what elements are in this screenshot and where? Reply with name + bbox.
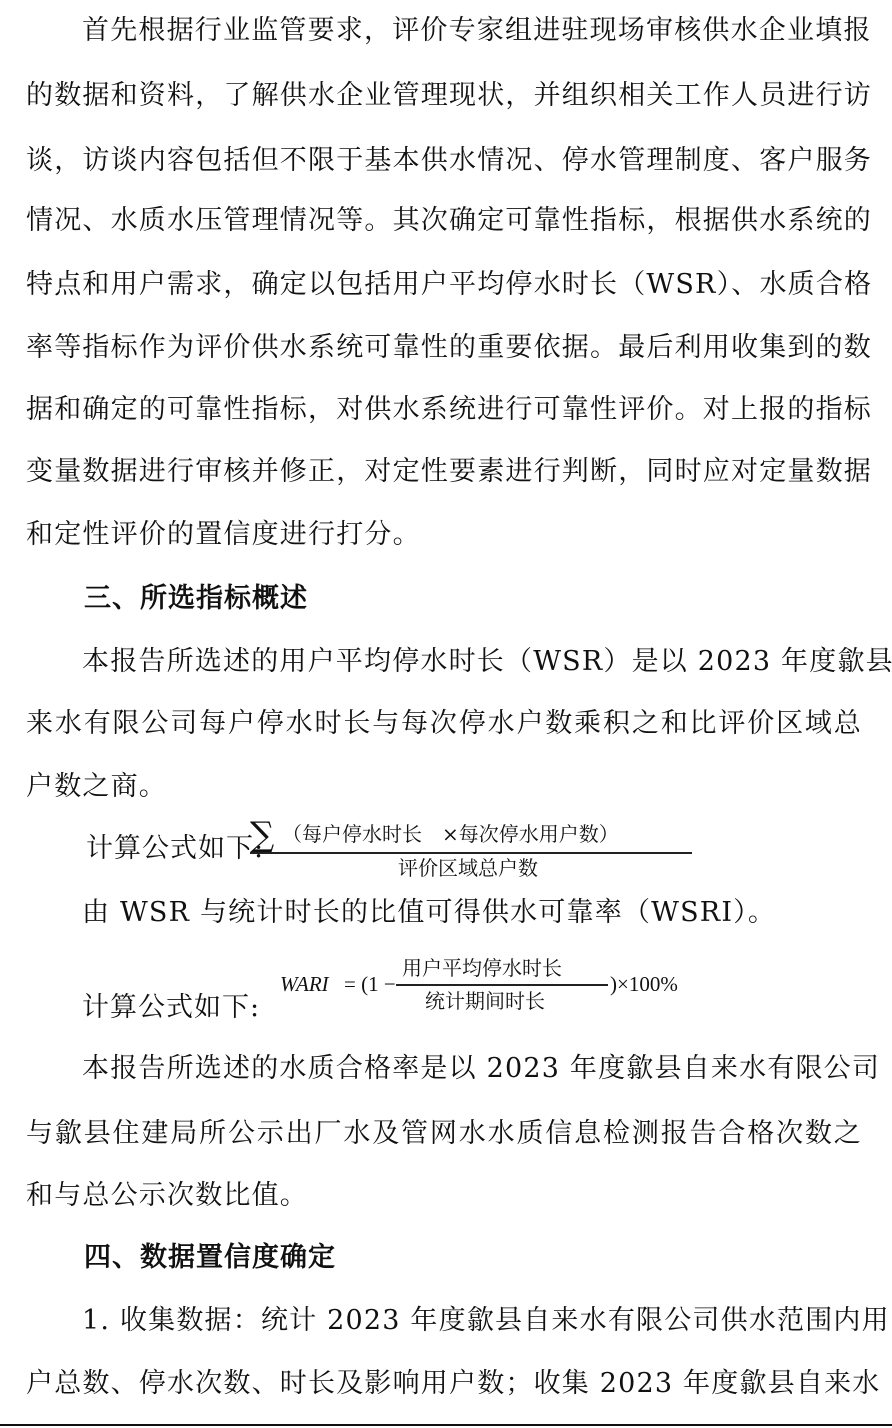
item-1-line: 户总数、停水次数、时长及影响用户数；收集 2023 年度歙县自来水 <box>26 1367 862 1401</box>
formula-label: 计算公式如下: <box>86 832 264 866</box>
wsr-paragraph-line: 来水有限公司每户停水时长与每次停水户数乘积之和比评价区域总 <box>26 707 862 741</box>
paragraph-1-line: 情况、水质水压管理情况等。其次确定可靠性指标，根据供水系统的 <box>26 204 862 238</box>
formula-tail: )×100% <box>610 972 678 996</box>
quality-paragraph-line: 本报告所选述的水质合格率是以 2023 年度歙县自来水有限公司 <box>82 1052 862 1086</box>
formula-eq: = (1 − <box>344 972 396 996</box>
paragraph-1-line: 谈，访谈内容包括但不限于基本供水情况、停水管理制度、客户服务 <box>26 144 862 178</box>
formula-denominator: 统计期间时长 <box>425 989 545 1013</box>
paragraph-1-line: 的数据和资料，了解供水企业管理现状，并组织相关工作人员进行访 <box>26 79 862 113</box>
fraction-bar <box>396 984 608 986</box>
quality-paragraph-line: 与歙县住建局所公示出厂水及管网水水质信息检测报告合格次数之 <box>26 1117 862 1151</box>
formula-label: 计算公式如下: <box>82 991 260 1025</box>
paragraph-1-line: 变量数据进行审核并修正，对定性要素进行判断，同时应对定量数据 <box>26 455 862 489</box>
section-4-heading: 四、数据置信度确定 <box>84 1241 336 1275</box>
page-bottom-rule <box>0 1424 892 1426</box>
paragraph-1-line: 据和确定的可靠性指标，对供水系统进行可靠性评价。对上报的指标 <box>26 393 862 427</box>
formula-lhs: WARI <box>280 972 329 996</box>
wsri-line: 由 WSR 与统计时长的比值可得供水可靠率（WSRI）。 <box>82 896 782 930</box>
wsr-paragraph-line: 户数之商。 <box>26 770 862 804</box>
paragraph-1-line: 首先根据行业监管要求，评价专家组进驻现场审核供水企业填报 <box>82 14 862 48</box>
formula-denominator: 评价区域总户数 <box>398 856 538 880</box>
sigma-symbol: ∑ <box>250 818 274 852</box>
fraction-bar <box>250 852 692 854</box>
quality-paragraph-line: 和与总公示次数比值。 <box>26 1179 862 1213</box>
wsr-paragraph-line: 本报告所选述的用户平均停水时长（WSR）是以 2023 年度歙县自 <box>82 645 862 679</box>
paragraph-1-line: 特点和用户需求，确定以包括用户平均停水时长（WSR）、水质合格 <box>26 268 862 302</box>
item-1-line: 1. 收集数据：统计 2023 年度歙县自来水有限公司供水范围内用 <box>82 1304 862 1338</box>
paragraph-1-line: 率等指标作为评价供水系统可靠性的重要依据。最后利用收集到的数 <box>26 331 862 365</box>
paragraph-1-line: 和定性评价的置信度进行打分。 <box>26 518 862 552</box>
formula-numerator: 用户平均停水时长 <box>402 956 562 980</box>
section-3-heading: 三、所选指标概述 <box>84 582 308 616</box>
formula-numerator: （每户停水时长 ×每次停水用户数） <box>282 822 619 846</box>
